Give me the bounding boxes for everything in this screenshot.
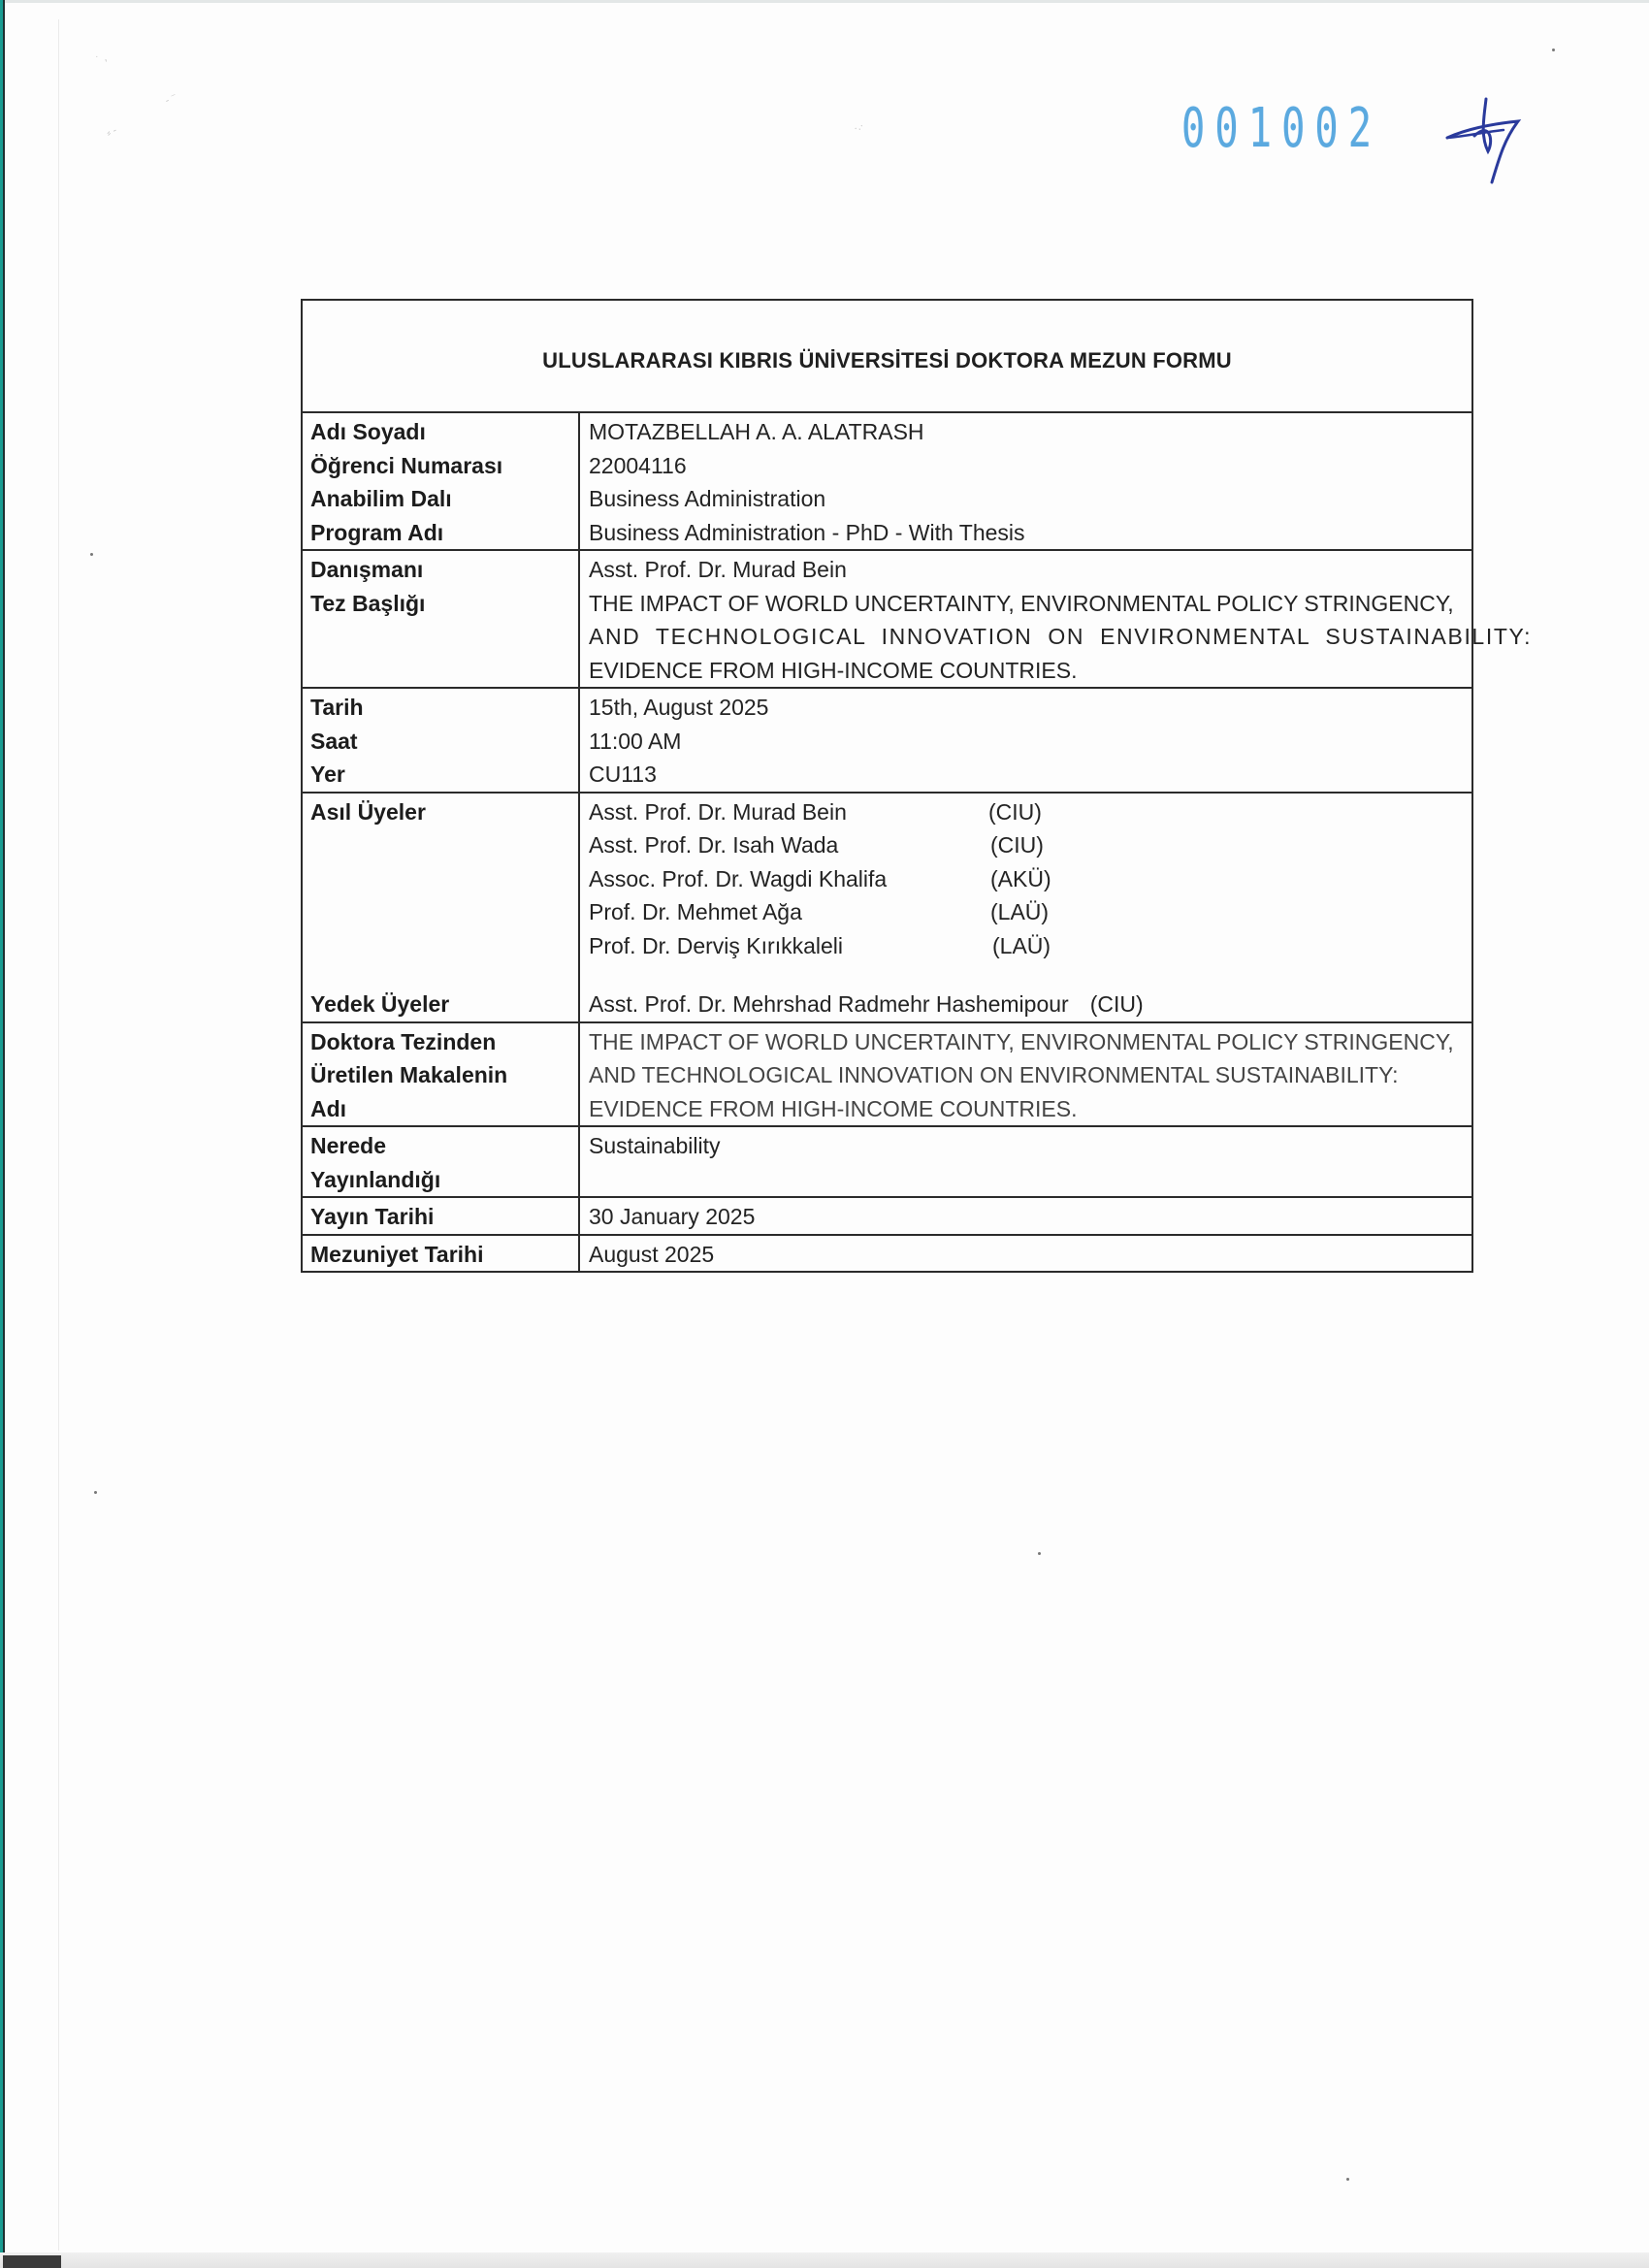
member-name: Asst. Prof. Dr. Mehrshad Radmehr Hashemi…: [589, 988, 1069, 1021]
label-publication-date: Yayın Tarihi: [303, 1198, 580, 1234]
publication-date-row: Yayın Tarihi 30 January 2025: [303, 1198, 1471, 1236]
thesis-title-line-2: AND TECHNOLOGICAL INNOVATION ON ENVIRONM…: [589, 620, 1532, 654]
article-row: Doktora Tezinden Üretilen Makalenin Adı …: [303, 1023, 1471, 1128]
venue-value: Sustainability: [589, 1129, 1464, 1163]
label-venue-1: Nerede: [310, 1129, 578, 1163]
label-place: Yer: [310, 758, 578, 792]
article-values: THE IMPACT OF WORLD UNCERTAINTY, ENVIRON…: [580, 1023, 1471, 1126]
graduation-date-value: August 2025: [580, 1236, 1471, 1272]
publication-venue-row: Nerede Yayınlandığı Sustainability: [303, 1127, 1471, 1198]
scan-edge-left-shadow: [3, 0, 5, 2268]
graduation-date-row: Mezuniyet Tarihi August 2025: [303, 1236, 1471, 1272]
committee-member: Asst. Prof. Dr. Isah Wada (CIU): [589, 828, 1464, 862]
label-department: Anabilim Dalı: [310, 482, 578, 516]
committee-member: Asst. Prof. Dr. Murad Bein (CIU): [589, 795, 1464, 829]
member-name: Assoc. Prof. Dr. Wagdi Khalifa: [589, 862, 990, 896]
committee-row: Asıl Üyeler Yedek Üyeler Asst. Prof. Dr.…: [303, 794, 1471, 1023]
scan-margin-line: [58, 19, 59, 2251]
stamp-number: 001002: [1181, 97, 1381, 160]
label-time: Saat: [310, 725, 578, 759]
graduation-form: ULUSLARARASI KIBRIS ÜNİVERSİTESİ DOKTORA…: [301, 299, 1473, 1273]
article-title-line-1: THE IMPACT OF WORLD UNCERTAINTY, ENVIRON…: [589, 1025, 1464, 1059]
scan-dot: [90, 553, 93, 556]
scan-bottom-strip: [0, 2252, 1649, 2268]
member-affiliation: (LAÜ): [992, 929, 1051, 963]
member-name: Asst. Prof. Dr. Isah Wada: [589, 828, 990, 862]
scan-edge-top: [0, 0, 1649, 3]
thesis-row: Danışmanı Tez Başlığı Asst. Prof. Dr. Mu…: [303, 551, 1471, 689]
defense-row: Tarih Saat Yer 15th, August 2025 11:00 A…: [303, 689, 1471, 794]
defense-place: CU113: [589, 758, 1464, 792]
program-value: Business Administration - PhD - With The…: [589, 516, 1464, 550]
scan-dot: [1552, 49, 1555, 51]
committee-values: Asst. Prof. Dr. Murad Bein (CIU) Asst. P…: [580, 794, 1471, 1021]
article-title-line-3: EVIDENCE FROM HIGH-INCOME COUNTRIES.: [589, 1092, 1464, 1126]
label-article-3: Adı: [310, 1092, 578, 1126]
label-date: Tarih: [310, 691, 578, 725]
member-affiliation: (AKÜ): [990, 862, 1051, 896]
label-article-2: Üretilen Makalenin: [310, 1058, 578, 1092]
label-advisor: Danışmanı: [310, 553, 578, 587]
label-student-number: Öğrenci Numarası: [310, 449, 578, 483]
student-info-values: MOTAZBELLAH A. A. ALATRASH 22004116 Busi…: [580, 413, 1471, 549]
defense-labels: Tarih Saat Yer: [303, 689, 580, 792]
committee-member: Assoc. Prof. Dr. Wagdi Khalifa (AKÜ): [589, 862, 1464, 896]
scan-dot: [94, 1491, 97, 1494]
committee-member: Prof. Dr. Derviş Kırıkkaleli (LAÜ): [589, 929, 1464, 963]
committee-labels: Asıl Üyeler Yedek Üyeler: [303, 794, 580, 1021]
committee-member: Prof. Dr. Mehmet Ağa (LAÜ): [589, 895, 1464, 929]
defense-date: 15th, August 2025: [589, 691, 1464, 725]
thesis-values: Asst. Prof. Dr. Murad Bein THE IMPACT OF…: [580, 551, 1539, 687]
member-affiliation: (LAÜ): [990, 895, 1049, 929]
article-title-line-2: AND TECHNOLOGICAL INNOVATION ON ENVIRONM…: [589, 1058, 1464, 1092]
scan-smudge: ·.·: [852, 119, 865, 134]
label-main-members: Asıl Üyeler: [310, 795, 578, 829]
article-labels: Doktora Tezinden Üretilen Makalenin Adı: [303, 1023, 580, 1126]
student-info-labels: Adı Soyadı Öğrenci Numarası Anabilim Dal…: [303, 413, 580, 549]
thesis-labels: Danışmanı Tez Başlığı: [303, 551, 580, 687]
label-article-1: Doktora Tezinden: [310, 1025, 578, 1059]
label-substitute-members: Yedek Üyeler: [310, 988, 578, 1021]
member-name: Prof. Dr. Mehmet Ağa: [589, 895, 990, 929]
advisor-value: Asst. Prof. Dr. Murad Bein: [589, 553, 1532, 587]
label-graduation-date: Mezuniyet Tarihi: [303, 1236, 580, 1272]
member-name: Asst. Prof. Dr. Murad Bein: [589, 795, 988, 829]
student-info-row: Adı Soyadı Öğrenci Numarası Anabilim Dal…: [303, 413, 1471, 551]
thesis-title-line-1: THE IMPACT OF WORLD UNCERTAINTY, ENVIRON…: [589, 587, 1532, 621]
label-name: Adı Soyadı: [310, 415, 578, 449]
label-program: Program Adı: [310, 516, 578, 550]
scan-dot: [1038, 1552, 1041, 1555]
scan-bottom-shadow: [3, 2255, 61, 2268]
thesis-title-line-3: EVIDENCE FROM HIGH-INCOME COUNTRIES.: [589, 654, 1532, 688]
scan-smudge: - ⁻: [163, 90, 179, 107]
department-value: Business Administration: [589, 482, 1464, 516]
defense-values: 15th, August 2025 11:00 AM CU113: [580, 689, 1471, 792]
student-number: 22004116: [589, 449, 1464, 483]
member-affiliation: (CIU): [1090, 988, 1144, 1021]
label-thesis-title: Tez Başlığı: [310, 587, 578, 621]
member-name: Prof. Dr. Derviş Kırıkkaleli: [589, 929, 992, 963]
document-stamp: 001002: [1181, 97, 1459, 160]
substitute-member: Asst. Prof. Dr. Mehrshad Radmehr Hashemi…: [589, 988, 1464, 1021]
signature-icon: [1445, 97, 1533, 184]
scan-smudge: ˙ ,: [95, 51, 109, 66]
scan-dot: [1346, 2178, 1349, 2181]
scan-smudge: ⸗ -: [105, 124, 118, 139]
form-title: ULUSLARARASI KIBRIS ÜNİVERSİTESİ DOKTORA…: [303, 301, 1471, 413]
publication-venue-value: Sustainability: [580, 1127, 1471, 1196]
label-venue-2: Yayınlandığı: [310, 1163, 578, 1197]
member-affiliation: (CIU): [988, 795, 1042, 829]
student-name: MOTAZBELLAH A. A. ALATRASH: [589, 415, 1464, 449]
publication-date-value: 30 January 2025: [580, 1198, 1471, 1234]
defense-time: 11:00 AM: [589, 725, 1464, 759]
member-affiliation: (CIU): [990, 828, 1044, 862]
publication-venue-labels: Nerede Yayınlandığı: [303, 1127, 580, 1196]
